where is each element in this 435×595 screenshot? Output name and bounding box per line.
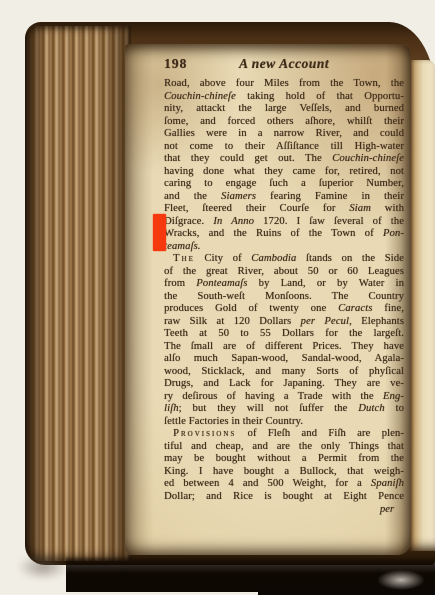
text-line: Wracks, and the Ruins of the Town of Pon… <box>164 228 404 241</box>
text-line: Provisions of Fleſh and Fiſh are plen- <box>164 428 404 441</box>
text-line: Dollar; and Rice is bought at Eight Penc… <box>164 491 404 504</box>
paragraph: Provisions of Fleſh and Fiſh are plen-ti… <box>164 428 404 503</box>
text-line: Gallies were in a narrow River, and coul… <box>164 128 404 141</box>
text-line: may be bought without a Permit from the <box>164 453 404 466</box>
highlight-mark <box>153 214 166 251</box>
text-line: ſettle Factories in their Country. <box>164 416 404 429</box>
next-page-sliver <box>409 60 435 551</box>
text-line: ſome, and forced others aſhore, whilſt t… <box>164 116 404 129</box>
text-line: produces Gold of twenty one Caracts fine… <box>164 303 404 316</box>
page-number: 198 <box>164 56 210 72</box>
paragraph: The City of Cambodia ſtands on the Sideo… <box>164 253 404 428</box>
text-line: The ſmall are of different Prices. They … <box>164 341 404 354</box>
light-reflection <box>368 566 434 594</box>
printed-text-layer: 198 A new Account Road, above four Miles… <box>164 56 404 516</box>
text-line: ed between 4 and 500 Weight, for a Spani… <box>164 478 404 491</box>
text-line: Drugs, and Lack for Japaning. They are v… <box>164 378 404 391</box>
text-line: Fleet, ſteered their Courſe for Siam wit… <box>164 203 404 216</box>
text-line: Couchin-chineſe taking hold of that Oppo… <box>164 91 404 104</box>
text-line: King. I have bought a Bullock, that weig… <box>164 466 404 479</box>
book-photo: 198 A new Account Road, above four Miles… <box>0 0 435 595</box>
running-header: A new Account <box>210 56 358 72</box>
text-line: having done what they came for, retired,… <box>164 166 404 179</box>
text-line: alſo much Sapan-wood, Sandal-wood, Agala… <box>164 353 404 366</box>
text-line: tiful and cheap, and are the only Things… <box>164 441 404 454</box>
text-line: wood, Sticklack, and many Sorts of phyſi… <box>164 366 404 379</box>
text-line: nity, attackt the large Veſſels, and bur… <box>164 103 404 116</box>
page-header: 198 A new Account <box>164 56 404 71</box>
text-line: that they could get out. The Couchin-chi… <box>164 153 404 166</box>
text-line: raw Silk at 120 Dollars per Pecul, Eleph… <box>164 316 404 329</box>
text-line: ry deſirous of having a Trade with the E… <box>164 391 404 404</box>
text-line: not come to their Aſſiſtance till High-w… <box>164 141 404 154</box>
text-line: Diſgrace. In Anno 1720. I ſaw ſeveral of… <box>164 216 404 229</box>
text-line: The City of Cambodia ſtands on the Side <box>164 253 404 266</box>
body-text: Road, above four Miles from the Town, th… <box>164 78 404 503</box>
text-line: teamaſs. <box>164 241 404 254</box>
text-line: from Ponteamaſs by Land, or by Water in <box>164 278 404 291</box>
catchword: per <box>164 503 404 516</box>
text-line: the South-weſt Monſoons. The Country <box>164 291 404 304</box>
text-line: caring to engage ſuch a ſuperior Number, <box>164 178 404 191</box>
text-line: and the Siamers fearing Famine in their <box>164 191 404 204</box>
page-fore-edges <box>25 26 131 561</box>
text-line: Road, above four Miles from the Town, th… <box>164 78 404 91</box>
text-line: of the great River, about 50 or 60 Leagu… <box>164 266 404 279</box>
text-line: liſh; but they will not ſuffer the Dutch… <box>164 403 404 416</box>
paragraph: Road, above four Miles from the Town, th… <box>164 78 404 253</box>
text-line: Teeth at 50 to 55 Dollars for the largeſ… <box>164 328 404 341</box>
corner-shadow <box>6 548 80 586</box>
